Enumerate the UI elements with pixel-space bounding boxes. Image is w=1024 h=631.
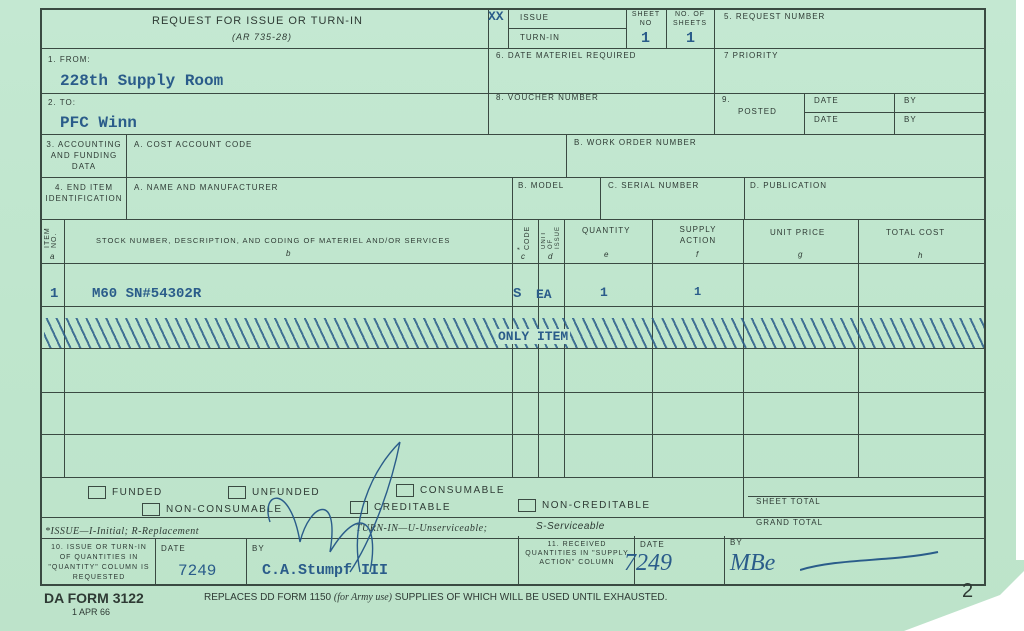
total-cost-letter: h (918, 251, 923, 260)
rule (40, 48, 488, 49)
supply-action-header: SUPPLY ACTION (670, 224, 726, 246)
supply-action-letter: f (696, 250, 699, 259)
item-no-header: ITEM NO. (44, 224, 58, 248)
issue-label: ISSUE (520, 13, 549, 22)
accounting-label: 3. ACCOUNTING AND FUNDING DATA (42, 139, 126, 172)
rule (64, 219, 65, 478)
rule (488, 48, 986, 49)
sheet-no-value[interactable]: 1 (641, 30, 650, 47)
block11-by-field[interactable]: MBe (730, 550, 775, 577)
to-label: 2. TO: (48, 98, 76, 107)
rule (714, 8, 715, 134)
paper-edge (1016, 0, 1024, 560)
stock-header: STOCK NUMBER, DESCRIPTION, AND CODING OF… (96, 236, 450, 245)
from-field[interactable]: 228th Supply Room (60, 72, 223, 90)
rule (858, 219, 859, 478)
rule (652, 219, 653, 478)
issue-mark: XX (488, 9, 504, 24)
voucher-label: 8. VOUCHER NUMBER (496, 93, 599, 102)
publication-label: d. PUBLICATION (750, 181, 827, 190)
rule (744, 177, 745, 219)
checkbox-square[interactable] (228, 486, 246, 499)
rule (40, 306, 986, 307)
form-date: 1 APR 66 (72, 607, 110, 617)
unit-price-header: UNIT PRICE (770, 228, 825, 237)
copy-number: 2 (962, 580, 973, 603)
rule (246, 538, 247, 586)
row-stock[interactable]: M60 SN#54302R (92, 286, 201, 302)
rule (126, 134, 127, 219)
form-paper: REQUEST FOR ISSUE OR TURN-IN (AR 735-28)… (0, 0, 1024, 631)
block11-label: 11. RECEIVED QUANTITIES IN "SUPPLY ACTIO… (522, 540, 632, 567)
quantity-header: QUANTITY (582, 226, 630, 235)
from-label: 1. FROM: (48, 55, 91, 64)
request-number-label: 5. REQUEST NUMBER (724, 12, 825, 21)
rule (894, 93, 895, 134)
priority-label: 7 PRIORITY (724, 51, 778, 60)
rule (538, 219, 539, 478)
rule (804, 112, 986, 113)
rule (743, 219, 744, 517)
checkbox-non-creditable[interactable]: NON-CREDITABLE (518, 499, 651, 512)
row-item-no[interactable]: 1 (50, 286, 58, 302)
work-order-label: b. WORK ORDER NUMBER (574, 138, 697, 147)
code-letter: c (521, 252, 526, 261)
block10-date-field[interactable]: 7249 (178, 562, 216, 580)
block11-date-label: DATE (640, 540, 665, 549)
name-mfr-label: a. NAME AND MANUFACTURER (134, 183, 278, 192)
rule (155, 538, 156, 586)
rule (564, 219, 565, 478)
rule (40, 177, 986, 178)
end-item-label: 4. END ITEM IDENTIFICATION (42, 182, 126, 204)
posted-by-label-2: BY (904, 115, 917, 124)
item-no-letter: a (50, 252, 55, 261)
rule (40, 434, 986, 435)
rule (508, 28, 626, 29)
footer-note: REPLACES DD FORM 1150 (for Army use) SUP… (204, 592, 667, 603)
row-quantity[interactable]: 1 (600, 285, 608, 300)
date-required-label: 6. DATE MATERIEL REQUIRED (496, 51, 636, 60)
rule (40, 219, 986, 220)
army-use-text: (for Army use) (334, 592, 392, 603)
form-regulation: (AR 735-28) (232, 32, 292, 42)
legend-issue: *ISSUE—I-Initial; R-Replacement (45, 526, 199, 537)
block10-label: 10. ISSUE OR TURN-IN OF QUANTITIES IN "Q… (44, 543, 154, 583)
checkbox-funded[interactable]: FUNDED (88, 486, 163, 499)
form-number: DA FORM 3122 (44, 590, 144, 606)
checkbox-square[interactable] (142, 503, 160, 516)
only-item-text: ONLY ITEM (496, 329, 570, 344)
stock-letter: b (286, 249, 291, 258)
checkbox-label: CONSUMABLE (420, 485, 505, 496)
rule (40, 348, 986, 349)
form-title: REQUEST FOR ISSUE OR TURN-IN (152, 15, 363, 27)
block10-date-label: DATE (161, 544, 186, 553)
code-header: * CODE (517, 222, 531, 250)
row-supply-action[interactable]: 1 (694, 285, 701, 299)
posted-by-label-1: BY (904, 96, 917, 105)
signature-icon (250, 432, 430, 582)
rule (724, 536, 725, 586)
checkbox-square[interactable] (518, 499, 536, 512)
total-cost-header: TOTAL COST (886, 228, 945, 237)
sheet-total-label: SHEET TOTAL (756, 497, 821, 506)
rule (566, 134, 567, 177)
block11-by-label: BY (730, 538, 743, 547)
signature-stroke-icon (800, 548, 950, 578)
rule (40, 477, 986, 478)
rule (40, 263, 986, 264)
row-code[interactable]: S (513, 286, 521, 302)
cost-account-label: a. COST ACCOUNT CODE (134, 140, 252, 149)
model-label: b. MODEL (518, 181, 564, 190)
rule (40, 392, 986, 393)
posted-date-label-1: DATE (814, 96, 839, 105)
no-of-sheets-value[interactable]: 1 (686, 30, 695, 47)
replaces-text: REPLACES DD FORM 1150 (204, 592, 331, 603)
block11-date-field[interactable]: 7249 (624, 550, 672, 577)
legend-serviceable: S-Serviceable (536, 521, 605, 532)
sheet-no-label: SHEET NO (627, 10, 665, 28)
rule (488, 8, 489, 134)
no-of-sheets-label: NO. OF SHEETS (667, 10, 713, 28)
posted-label: POSTED (738, 107, 777, 116)
serial-label: c. SERIAL NUMBER (608, 181, 699, 190)
rule (518, 536, 519, 586)
unit-header: UNIT OF ISSUE (541, 221, 561, 249)
supplies-note-text: SUPPLIES OF WHICH WILL BE USED UNTIL EXH… (395, 592, 668, 603)
grand-total-label: GRAND TOTAL (756, 518, 823, 527)
posted-date-label-2: DATE (814, 115, 839, 124)
rule (600, 177, 601, 219)
rule (804, 93, 805, 134)
rule (40, 134, 986, 135)
to-field[interactable]: PFC Winn (60, 114, 137, 132)
turnin-label: TURN-IN (520, 33, 560, 42)
unit-price-letter: g (798, 250, 803, 259)
rule (40, 517, 986, 518)
checkbox-square[interactable] (88, 486, 106, 499)
quantity-letter: e (604, 250, 609, 259)
rule (40, 538, 986, 539)
checkbox-label: NON-CREDITABLE (542, 500, 651, 511)
unit-letter: d (548, 252, 553, 261)
checkbox-label: FUNDED (112, 487, 163, 498)
row-unit[interactable]: EA (536, 287, 552, 302)
posted-number: 9. (722, 95, 731, 104)
